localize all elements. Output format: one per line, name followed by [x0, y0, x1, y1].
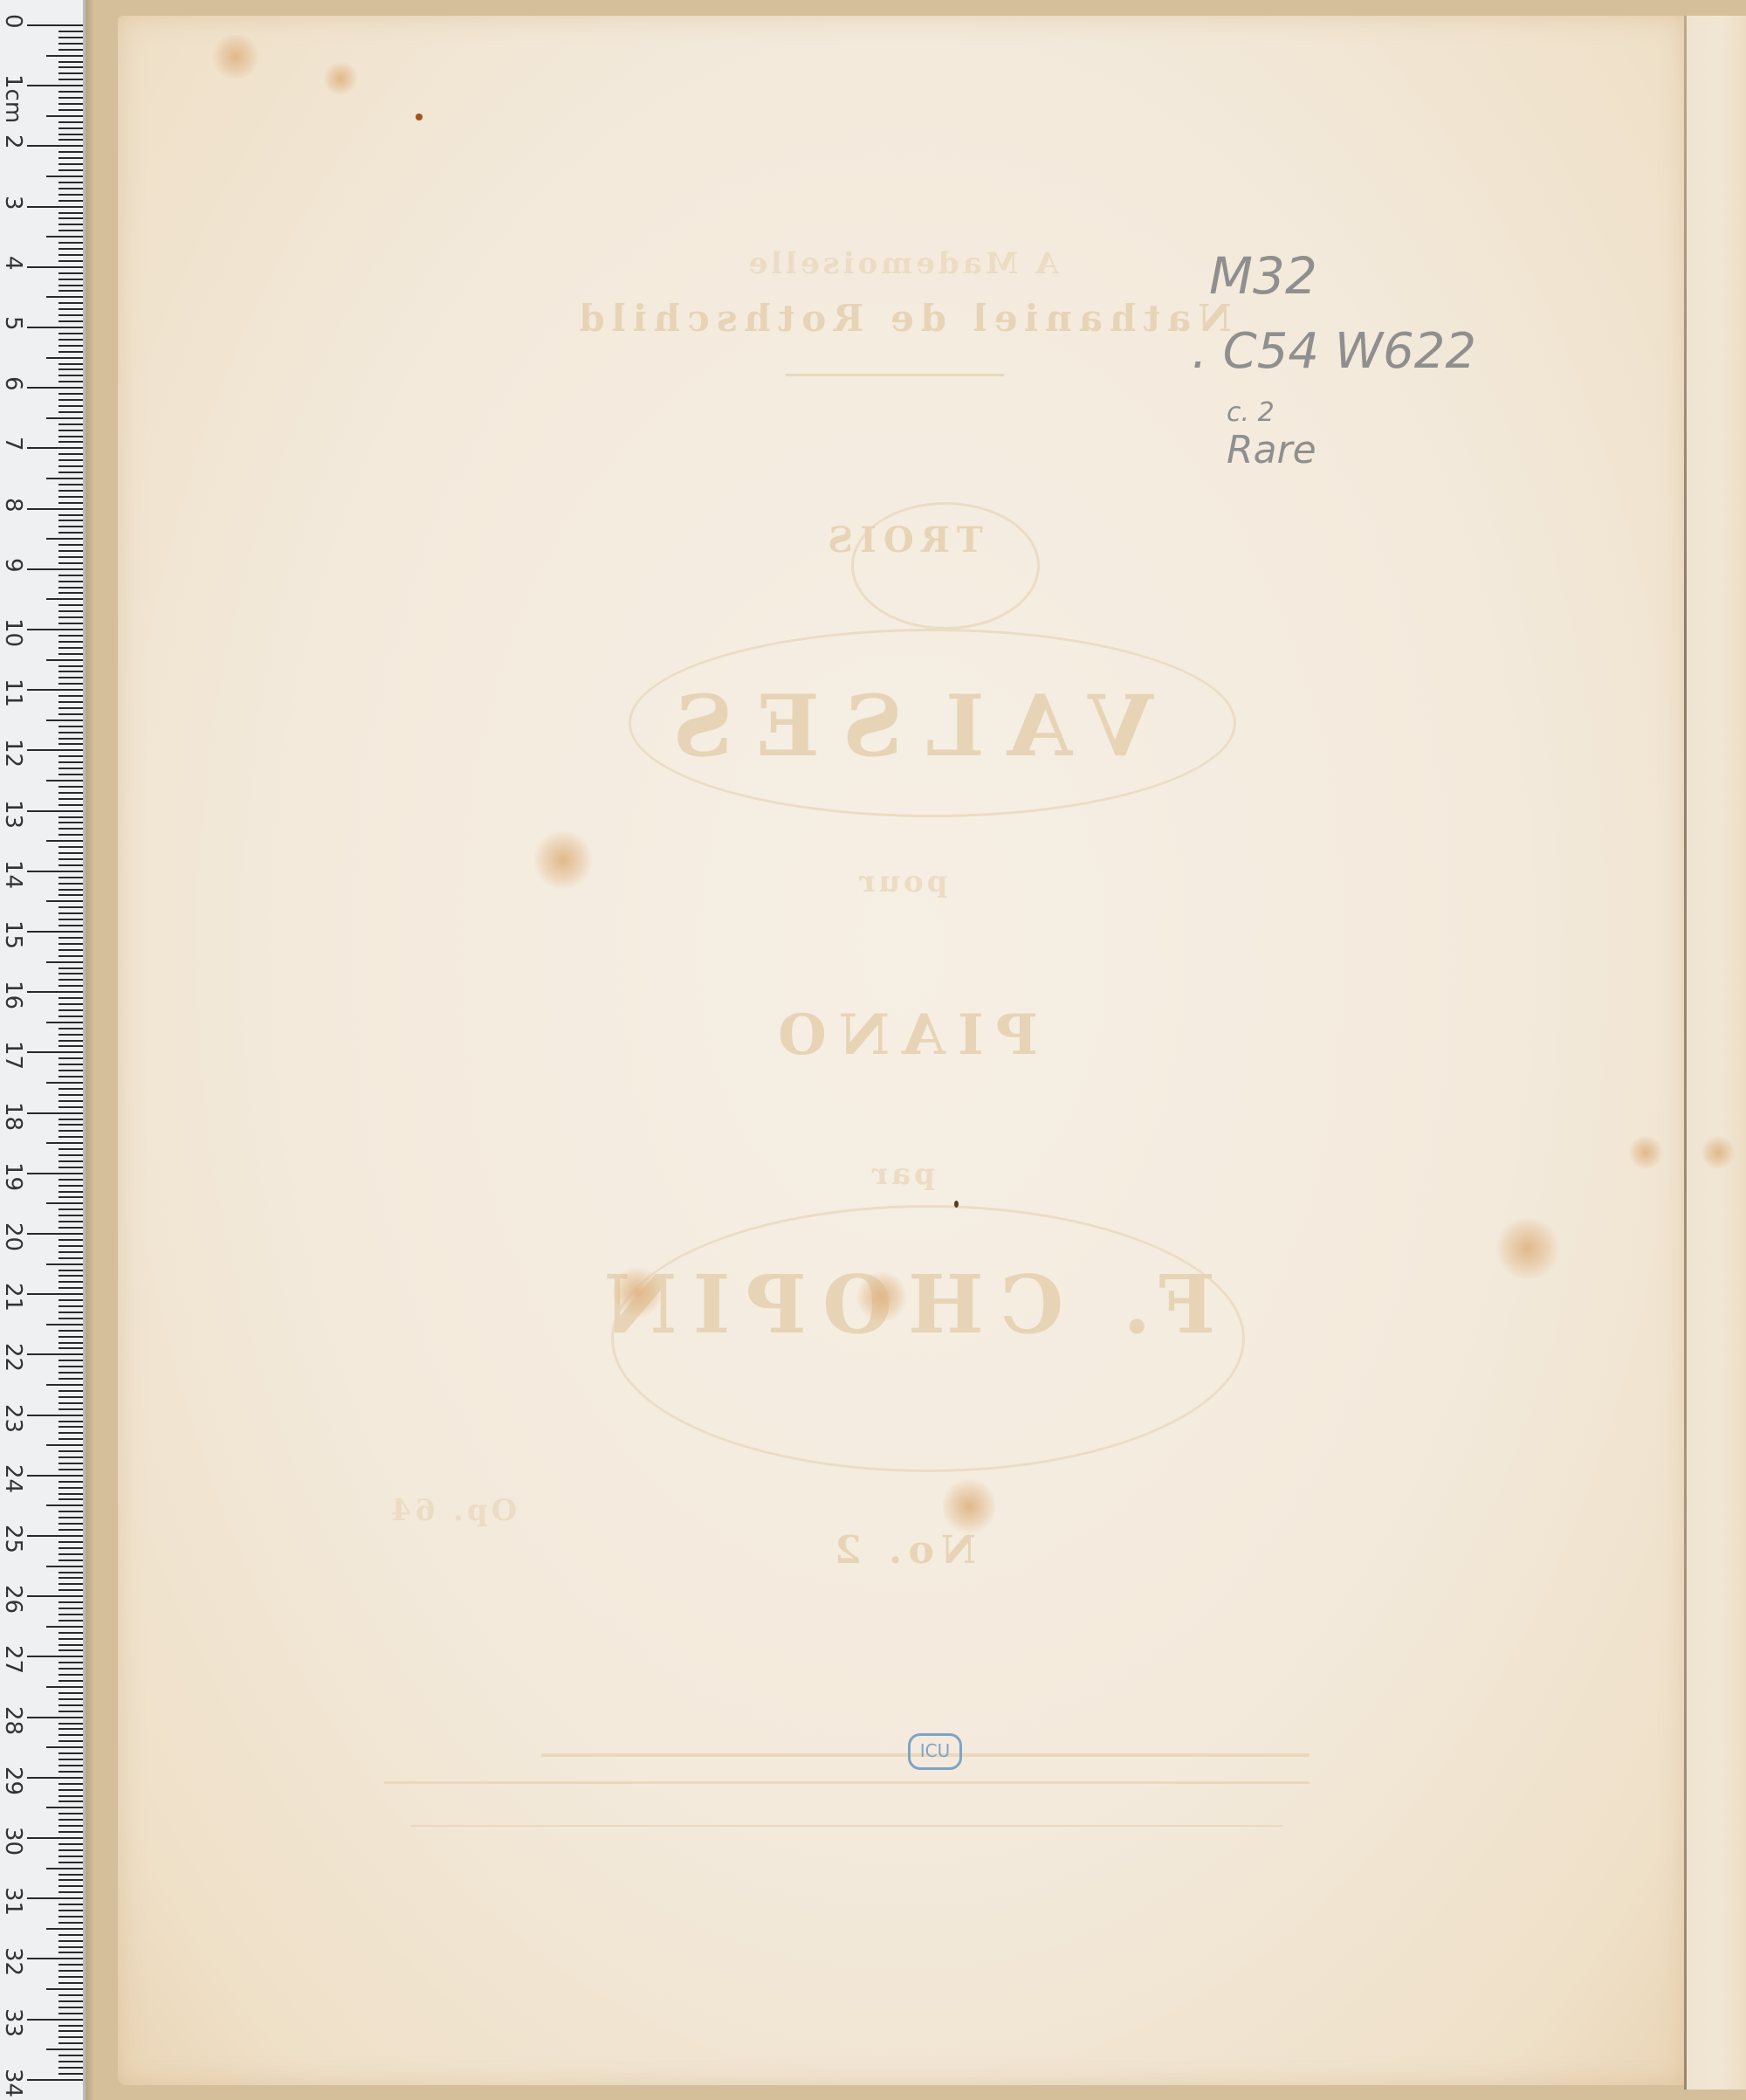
ruler-tick — [27, 85, 83, 86]
ruler-tick — [58, 1698, 83, 1700]
ruler-tick — [58, 1862, 83, 1863]
ruler-tick — [58, 1372, 83, 1374]
ruler-tick — [58, 556, 83, 558]
ruler-tick — [58, 381, 83, 382]
ruler-tick — [58, 1952, 83, 1953]
ruler-tick — [58, 1088, 83, 1090]
ruler-tick — [58, 738, 83, 740]
ruler-tick — [58, 333, 83, 334]
ruler-tick — [58, 290, 83, 292]
ruler-tick — [58, 217, 83, 219]
ruler-label: 0 — [0, 14, 26, 29]
ruler-tick — [58, 713, 83, 715]
ruler-tick — [58, 774, 83, 775]
ruler-tick — [58, 103, 83, 105]
ruler-tick — [58, 1547, 83, 1549]
ruler-tick — [58, 1789, 83, 1791]
ruler-tick — [58, 1680, 83, 1682]
ruler-tick — [58, 1632, 83, 1634]
ruler-tick — [58, 985, 83, 987]
ruler-tick — [58, 1831, 83, 1833]
ruler-tick — [58, 1426, 83, 1428]
pencil-note-line2: . C54 W622 — [1192, 323, 1476, 380]
ruler-tick — [58, 472, 83, 473]
ruler-tick — [58, 1940, 83, 1942]
ruler-tick — [58, 97, 83, 99]
ruler-tick — [58, 502, 83, 504]
ruler-tick — [58, 1185, 83, 1187]
ruler-tick — [46, 780, 83, 781]
ruler-tick — [58, 1674, 83, 1676]
ghost-footer-line2 — [384, 1781, 1309, 1784]
ruler-tick — [58, 1045, 83, 1047]
measuring-ruler: 01cm234567891011121314151617181920212223… — [0, 0, 86, 2100]
ruler-tick — [58, 610, 83, 612]
ruler-tick — [58, 816, 83, 818]
ruler-label: 19 — [0, 1162, 26, 1191]
foxing-spot — [210, 35, 262, 79]
ruler-tick — [58, 2055, 83, 2056]
ruler-tick — [58, 1572, 83, 1573]
ruler-tick — [58, 230, 83, 231]
ruler-tick — [58, 2073, 83, 2075]
ruler-tick — [58, 1034, 83, 1036]
ghost-opus: Op. 64 — [0, 1493, 1236, 1528]
ruler-tick — [27, 1415, 83, 1416]
ruler-label: 33 — [0, 2008, 26, 2037]
ruler-label: 15 — [0, 920, 26, 949]
ruler-tick — [58, 925, 83, 926]
ruler-tick — [58, 1330, 83, 1332]
ruler-tick — [46, 1202, 83, 1204]
ruler-tick — [58, 393, 83, 395]
ruler-tick — [58, 1275, 83, 1277]
ruler-tick — [27, 689, 83, 691]
ruler-tick — [58, 1342, 83, 1344]
ruler-label: 25 — [0, 1525, 26, 1553]
ruler-tick — [58, 852, 83, 854]
ruler-tick — [58, 1469, 83, 1470]
ruler-tick — [58, 1771, 83, 1773]
ghost-title-trois: TROIS — [118, 520, 1686, 561]
ruler-tick — [58, 368, 83, 370]
ruler-tick — [58, 339, 83, 341]
ruler-tick — [46, 236, 83, 238]
ruler-tick — [46, 1626, 83, 1628]
ruler-tick — [58, 151, 83, 153]
ruler-tick — [58, 786, 83, 788]
ruler-tick — [58, 1819, 83, 1821]
ruler-tick — [27, 1475, 83, 1477]
ruler-tick — [46, 1142, 83, 1144]
ruler-label: 4 — [0, 256, 26, 271]
ruler-tick — [58, 1843, 83, 1845]
ruler-tick — [58, 411, 83, 413]
ruler-tick — [58, 822, 83, 823]
ruler-tick — [58, 212, 83, 214]
ruler-label: 3 — [0, 196, 26, 210]
ruler-tick — [58, 484, 83, 485]
ruler-tick — [58, 1318, 83, 1319]
ruler-tick — [58, 1251, 83, 1253]
ruler-tick — [58, 2030, 83, 2032]
ruler-tick — [58, 1885, 83, 1887]
ruler-label: 17 — [0, 1041, 26, 1070]
ruler-tick — [58, 1644, 83, 1646]
ruler-tick — [58, 1270, 83, 1271]
ruler-tick — [27, 2079, 83, 2081]
ruler-tick — [58, 834, 83, 836]
ruler-label: 30 — [0, 1827, 26, 1856]
ruler-tick — [58, 1800, 83, 1802]
ruler-tick — [58, 1208, 83, 1210]
ruler-tick — [58, 1438, 83, 1440]
ruler-tick — [58, 1759, 83, 1760]
ink-dot — [416, 114, 423, 120]
ruler-tick — [58, 363, 83, 365]
ruler-tick — [58, 997, 83, 999]
ruler-tick — [58, 635, 83, 637]
ruler-label: 21 — [0, 1283, 26, 1312]
ruler-tick — [58, 1215, 83, 1216]
ruler-tick — [58, 254, 83, 256]
ruler-label: 29 — [0, 1766, 26, 1795]
ghost-par: par — [118, 1157, 1686, 1192]
ruler-tick — [58, 726, 83, 727]
ruler-tick — [58, 91, 83, 93]
ruler-tick — [58, 2067, 83, 2069]
ruler-tick — [58, 1336, 83, 1338]
ruler-tick — [58, 846, 83, 848]
ruler-tick — [27, 447, 83, 449]
ruler-tick — [58, 1553, 83, 1555]
ruler-tick — [58, 919, 83, 920]
ruler-tick — [58, 1946, 83, 1948]
ruler-tick — [27, 1233, 83, 1235]
ruler-tick — [27, 1595, 83, 1597]
ruler-tick — [58, 49, 83, 51]
ruler-tick — [27, 387, 83, 389]
ruler-tick — [58, 755, 83, 757]
ruler-tick — [58, 768, 83, 769]
ruler-tick — [46, 1807, 83, 1808]
ruler-tick — [27, 1535, 83, 1537]
ruler-tick — [58, 188, 83, 189]
ruler-tick — [58, 351, 83, 353]
ruler-tick — [58, 520, 83, 521]
ruler-tick — [46, 900, 83, 902]
ruler-tick — [58, 1711, 83, 1712]
foxing-spot — [611, 1266, 663, 1319]
ruler-tick — [27, 206, 83, 208]
ruler-tick — [58, 1179, 83, 1181]
ruler-tick — [58, 1662, 83, 1663]
ruler-tick — [58, 1148, 83, 1150]
ruler-tick — [58, 61, 83, 63]
ruler-tick — [58, 798, 83, 800]
ruler-tick — [58, 1100, 83, 1102]
ruler-tick — [58, 1421, 83, 1422]
ruler-label: 31 — [0, 1887, 26, 1916]
ruler-tick — [58, 1239, 83, 1241]
ruler-tick — [46, 357, 83, 359]
ruler-tick — [58, 1734, 83, 1736]
ruler-label: 14 — [0, 860, 26, 889]
ruler-tick — [58, 127, 83, 129]
ruler-tick — [58, 1154, 83, 1156]
ruler-tick — [58, 1257, 83, 1259]
ruler-tick — [46, 1444, 83, 1446]
ruler-label: 23 — [0, 1404, 26, 1433]
ruler-tick — [58, 1040, 83, 1042]
ruler-tick — [58, 1287, 83, 1289]
ruler-tick — [58, 430, 83, 431]
ruler-tick — [58, 1009, 83, 1011]
ruler-tick — [58, 1922, 83, 1924]
foxing-spot — [856, 1270, 908, 1323]
ruler-label: 1cm — [0, 74, 26, 123]
ruler-tick — [58, 1728, 83, 1730]
ruler-tick — [58, 1396, 83, 1398]
ruler-tick — [58, 79, 83, 80]
ruler-tick — [58, 1692, 83, 1694]
ruler-tick — [58, 490, 83, 492]
ruler-label: 5 — [0, 316, 26, 331]
ruler-tick — [46, 1022, 83, 1023]
ruler-tick — [46, 1384, 83, 1386]
ruler-tick — [27, 266, 83, 268]
ruler-tick — [58, 453, 83, 455]
ruler-tick — [58, 1481, 83, 1483]
ruler-tick — [27, 931, 83, 933]
ruler-tick — [27, 1958, 83, 1959]
ruler-tick — [58, 1378, 83, 1380]
ruler-tick — [58, 1076, 83, 1078]
ruler-tick — [58, 943, 83, 945]
ruler-tick — [58, 864, 83, 866]
foxing-spot — [1628, 1135, 1663, 1170]
ruler-tick — [58, 2061, 83, 2062]
ruler-label: 13 — [0, 800, 26, 829]
ruler-tick — [46, 1324, 83, 1325]
ruler-tick — [58, 695, 83, 697]
ruler-tick — [46, 538, 83, 540]
ruler-tick — [58, 1094, 83, 1096]
ruler-tick — [58, 2036, 83, 2038]
ruler-tick — [27, 1173, 83, 1174]
ruler-tick — [58, 955, 83, 957]
ruler-tick — [27, 568, 83, 570]
ruler-tick — [27, 1897, 83, 1899]
ruler-tick — [58, 1649, 83, 1651]
ruler-tick — [58, 1879, 83, 1881]
ruler-tick — [58, 1119, 83, 1120]
ruler-tick — [58, 804, 83, 806]
ruler-tick — [58, 1347, 83, 1349]
ruler-tick — [27, 2019, 83, 2021]
ruler-tick — [58, 1070, 83, 1071]
ruler-tick — [58, 1450, 83, 1452]
ruler-tick — [58, 1783, 83, 1785]
ruler-tick — [58, 877, 83, 878]
ruler-tick — [58, 134, 83, 135]
ruler-tick — [58, 1299, 83, 1301]
ruler-tick — [58, 399, 83, 401]
ruler-label: 9 — [0, 558, 26, 573]
foxing-spot — [533, 830, 594, 891]
ruler-tick — [58, 1904, 83, 1905]
foxing-spot — [943, 1476, 995, 1537]
ruler-tick — [58, 1432, 83, 1434]
ruler-tick — [27, 871, 83, 872]
ruler-tick — [58, 1560, 83, 1561]
ruler-tick — [58, 163, 83, 165]
ruler-label: 12 — [0, 739, 26, 768]
ruler-tick — [46, 840, 83, 842]
ruler-tick — [58, 2025, 83, 2027]
ruler-tick — [58, 906, 83, 908]
ruler-tick — [58, 937, 83, 939]
pencil-note-line1: M32 — [1209, 246, 1317, 306]
ruler-tick — [58, 1106, 83, 1108]
ruler-tick — [27, 24, 83, 26]
ruler-label: 26 — [0, 1585, 26, 1614]
ruler-tick — [58, 792, 83, 794]
ruler-tick — [58, 1160, 83, 1162]
ruler-label: 2 — [0, 134, 26, 149]
ruler-tick — [27, 991, 83, 993]
ruler-tick — [58, 1130, 83, 1132]
ruler-tick — [58, 1577, 83, 1579]
ruler-tick — [58, 1456, 83, 1458]
ruler-tick — [27, 749, 83, 751]
ruler-tick — [46, 176, 83, 177]
ruler-tick — [58, 623, 83, 624]
ruler-tick — [58, 1124, 83, 1126]
ruler-tick — [58, 1910, 83, 1911]
ruler-tick — [58, 616, 83, 618]
ruler-tick — [58, 671, 83, 672]
pencil-note-line4: Rare — [1227, 428, 1316, 472]
pencil-note-line3: c. 2 — [1227, 397, 1275, 428]
ruler-tick — [58, 532, 83, 534]
ruler-tick — [58, 465, 83, 467]
ruler-tick — [58, 1305, 83, 1307]
ruler-tick — [27, 327, 83, 328]
ruler-tick — [58, 1934, 83, 1936]
ruler-tick — [58, 701, 83, 703]
ruler-tick — [58, 157, 83, 159]
ruler-tick — [58, 1916, 83, 1918]
ruler-tick — [58, 1366, 83, 1367]
ruler-tick — [58, 1620, 83, 1621]
ruler-tick — [46, 961, 83, 963]
ruler-tick — [46, 1566, 83, 1567]
ruler-tick — [58, 1016, 83, 1017]
ruler-tick — [58, 979, 83, 981]
ruler-tick — [58, 761, 83, 763]
ruler-tick — [46, 1928, 83, 1930]
ruler-tick — [58, 949, 83, 951]
ruler-tick — [58, 1704, 83, 1706]
ruler-tick — [27, 1777, 83, 1779]
ruler-tick — [46, 1686, 83, 1688]
ruler-tick — [58, 1668, 83, 1670]
ruler-label: 22 — [0, 1343, 26, 1372]
ruler-tick — [27, 1353, 83, 1355]
ruler-label: 10 — [0, 618, 26, 647]
ruler-tick — [46, 478, 83, 479]
ruler-tick — [58, 345, 83, 347]
ruler-tick — [58, 1057, 83, 1059]
ghost-footer-line3 — [410, 1825, 1283, 1827]
ruler-tick — [46, 659, 83, 661]
ruler-tick — [58, 308, 83, 310]
ghost-instrument: PIANO — [118, 1002, 1686, 1068]
ruler-tick — [58, 1583, 83, 1585]
ruler-tick — [58, 182, 83, 183]
ruler-tick — [58, 200, 83, 202]
ruler-tick — [58, 1167, 83, 1168]
ruler-tick — [58, 1589, 83, 1591]
ruler-tick — [58, 1976, 83, 1978]
ruler-tick — [58, 973, 83, 974]
ruler-tick — [58, 260, 83, 262]
ruler-tick — [58, 1196, 83, 1198]
ruler-tick — [58, 526, 83, 527]
ruler-label: 20 — [0, 1222, 26, 1251]
ruler-tick — [27, 1837, 83, 1839]
ruler-tick — [58, 587, 83, 589]
ruler-tick — [58, 743, 83, 745]
ruler-tick — [58, 647, 83, 649]
ruler-tick — [58, 575, 83, 576]
ruler-tick — [58, 459, 83, 461]
ruler-tick — [58, 1408, 83, 1410]
ruler-tick — [46, 1868, 83, 1869]
ruler-tick — [58, 1970, 83, 1972]
ruler-tick — [58, 66, 83, 68]
ruler-tick — [58, 1463, 83, 1464]
ruler-tick — [58, 1765, 83, 1766]
ruler-tick — [46, 1746, 83, 1748]
ruler-label: 16 — [0, 981, 26, 1009]
ruler-tick — [58, 732, 83, 733]
ruler-tick — [58, 320, 83, 322]
ruler-tick — [58, 496, 83, 498]
ruler-tick — [58, 912, 83, 914]
facing-page-edge — [1686, 16, 1746, 2090]
ruler-tick — [58, 1723, 83, 1725]
ruler-tick — [46, 1988, 83, 1990]
ruler-tick — [58, 375, 83, 376]
ghost-dedication-line1: A Mademoiselle — [118, 246, 1686, 281]
ruler-tick — [58, 139, 83, 141]
ruler-tick — [58, 1825, 83, 1827]
ruler-tick — [58, 550, 83, 552]
ruler-tick — [46, 55, 83, 57]
ruler-tick — [58, 828, 83, 830]
ruler-tick — [46, 720, 83, 721]
ghost-pour: pour — [118, 864, 1686, 899]
ruler-tick — [27, 1112, 83, 1114]
ruler-tick — [58, 2042, 83, 2044]
scan-shadow — [86, 0, 94, 2100]
ruler-label: 18 — [0, 1102, 26, 1131]
ruler-tick — [58, 967, 83, 969]
ruler-label: 8 — [0, 498, 26, 513]
ruler-tick — [58, 285, 83, 286]
